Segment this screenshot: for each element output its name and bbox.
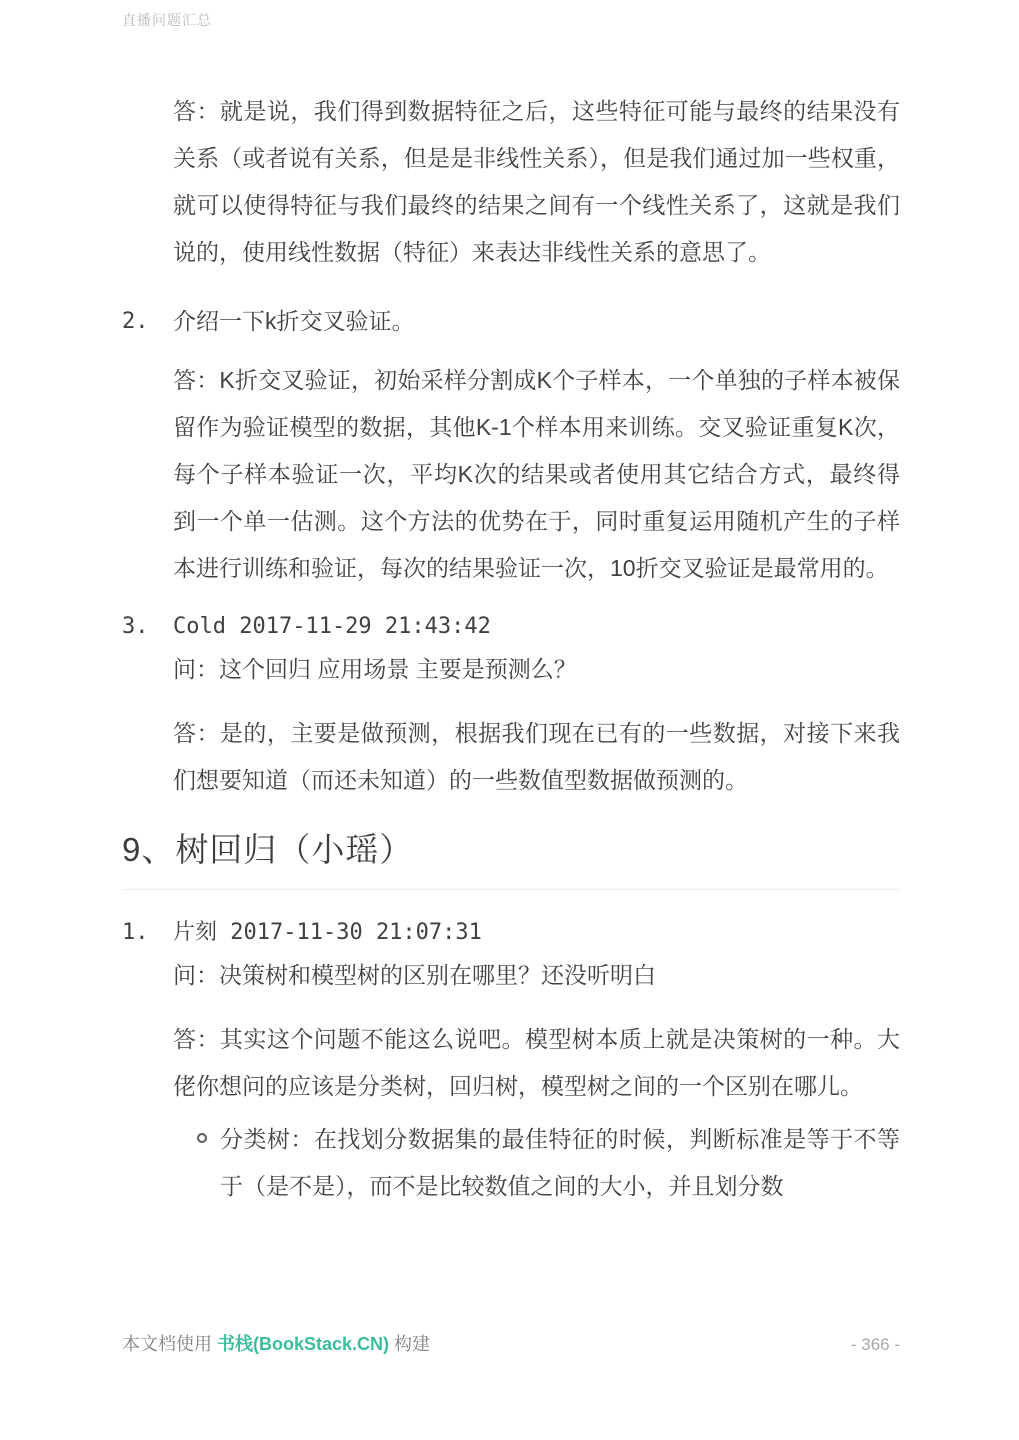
bullet-item-classification-tree: 分类树：在找划分数据集的最佳特征的时候，判断标准是等于不等于（是不是），而不是比… xyxy=(197,1116,900,1210)
list-marker: 1. xyxy=(122,912,173,954)
user-timestamp-cold: Cold 2017-11-29 21:43:42 xyxy=(173,606,900,648)
answer-paragraph-kfold: 答：K折交叉验证，初始采样分割成K个子样本，一个单独的子样本被保留作为验证模型的… xyxy=(173,357,900,592)
section-heading-tree-regression: 9、树回归（小瑶） xyxy=(122,824,900,890)
doc-header: 直播问题汇总 xyxy=(122,10,212,30)
page-content: 答：就是说，我们得到数据特征之后，这些特征可能与最终的结果没有关系（或者说有关系… xyxy=(0,0,1019,1210)
list-item-pianke: 1. 片刻 2017-11-30 21:07:31 问：决策树和模型树的区别在哪… xyxy=(122,912,900,1210)
bookstack-link[interactable]: 书栈(BookStack.CN) xyxy=(217,1334,389,1354)
list-marker: 2. xyxy=(122,298,173,345)
bullet-circle-icon xyxy=(197,1133,207,1143)
question-line-decision-vs-model-tree: 问：决策树和模型树的区别在哪里？还没听明白 xyxy=(173,954,900,996)
bullet-text-classification-tree: 分类树：在找划分数据集的最佳特征的时候，判断标准是等于不等于（是不是），而不是比… xyxy=(220,1116,900,1210)
attribution-prefix: 本文档使用 xyxy=(122,1334,217,1354)
list-item-body: 片刻 2017-11-30 21:07:31 问：决策树和模型树的区别在哪里？还… xyxy=(173,912,900,1210)
page-footer: 本文档使用 书栈(BookStack.CN) 构建 - 366 - xyxy=(122,1330,900,1356)
question-line-regression-scenario: 问：这个回归 应用场景 主要是预测么？ xyxy=(173,648,900,690)
list-item-body: Cold 2017-11-29 21:43:42 问：这个回归 应用场景 主要是… xyxy=(173,606,900,810)
answer-paragraph-prediction: 答：是的，主要是做预测，根据我们现在已有的一些数据，对接下来我们想要知道（而还未… xyxy=(173,710,900,804)
build-attribution: 本文档使用 书栈(BookStack.CN) 构建 xyxy=(122,1330,430,1356)
user-timestamp-pianke: 片刻 2017-11-30 21:07:31 xyxy=(173,912,900,954)
list-item-cold: 3. Cold 2017-11-29 21:43:42 问：这个回归 应用场景 … xyxy=(122,606,900,810)
answer-paragraph-tree-types: 答：其实这个问题不能这么说吧。模型树本质上就是决策树的一种。大佬你想问的应该是分… xyxy=(173,1016,900,1110)
list-marker: 3. xyxy=(122,606,173,648)
doc-header-title: 直播问题汇总 xyxy=(122,12,212,28)
page-number: - 366 - xyxy=(851,1335,900,1355)
attribution-suffix: 构建 xyxy=(389,1334,430,1354)
list-item-body: 介绍一下k折交叉验证。 答：K折交叉验证，初始采样分割成K个子样本，一个单独的子… xyxy=(173,298,900,598)
document-page: 直播问题汇总 答：就是说，我们得到数据特征之后，这些特征可能与最终的结果没有关系… xyxy=(0,0,1019,1440)
question-title-kfold: 介绍一下k折交叉验证。 xyxy=(173,298,900,345)
list-item-kfold: 2. 介绍一下k折交叉验证。 答：K折交叉验证，初始采样分割成K个子样本，一个单… xyxy=(122,298,900,598)
answer-paragraph-linear-features: 答：就是说，我们得到数据特征之后，这些特征可能与最终的结果没有关系（或者说有关系… xyxy=(173,88,900,276)
